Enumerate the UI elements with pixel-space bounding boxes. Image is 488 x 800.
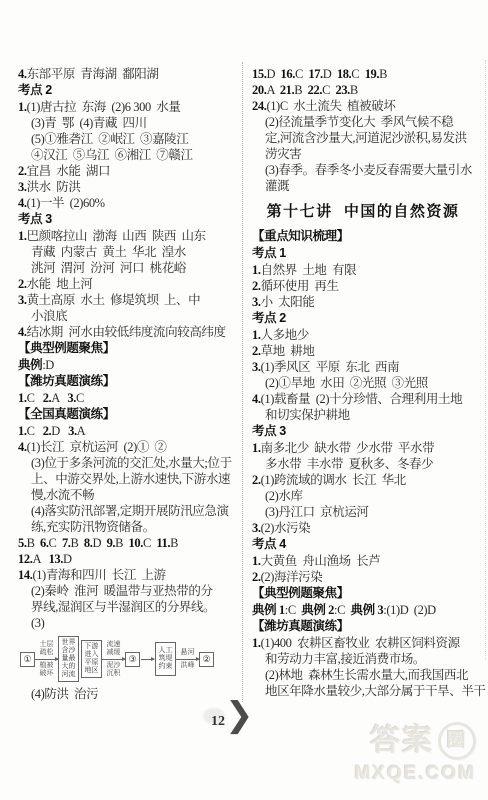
- answer-text: (1)一半 (2)60%: [27, 196, 105, 210]
- bold-text: 典例 1: [252, 603, 285, 617]
- bold-text: 6.: [40, 536, 49, 550]
- bold-text: 考点 1: [252, 246, 286, 260]
- text-line: 2.(1)跨流域的调水 长江 华北: [252, 472, 474, 488]
- text-line: 界线,湿润区与半湿润区的分界线。: [18, 599, 239, 615]
- answer-text: :C: [285, 603, 301, 617]
- answer-text: 涝灾害: [265, 147, 301, 161]
- bold-text: 5.: [18, 536, 27, 550]
- text-line: 1.巴颜喀拉山 渤海 山西 陕西 山东: [18, 228, 239, 244]
- answer-text: A: [32, 552, 48, 566]
- bold-text: 17.: [308, 67, 322, 81]
- text-line: 1.大黄鱼 舟山渔场 长芦: [252, 553, 474, 569]
- text-line: ④汉江 ⑤乌江 ⑥湘江 ⑦赣江: [18, 147, 239, 163]
- text-line: 定,河流含沙量大,河道泥沙淤积,易发洪: [252, 130, 474, 146]
- arrow-line: [176, 659, 199, 660]
- bold-text: 2.: [252, 344, 261, 358]
- watermark-brand-text: 答案: [370, 725, 434, 757]
- text-line: 4.(1)载畜量 (2)十分珍惜、合理利用土地: [252, 391, 474, 407]
- text-line: (3)春季。春季冬小麦反春需要大量引水: [252, 162, 474, 178]
- bold-text: 11.: [156, 536, 170, 550]
- answer-text: B: [71, 536, 84, 550]
- text-line: 考点 2: [18, 82, 239, 99]
- answer-text: D: [266, 67, 280, 81]
- answer-text: :(1)D (2)D: [383, 603, 436, 617]
- bold-text: 10.: [129, 536, 143, 550]
- answer-text: 界线,湿润区与半湿润区的分界线。: [31, 600, 215, 614]
- bold-text: 【潍坊真题演练】: [18, 374, 115, 388]
- answer-page: 4.东部平原 青海湖 鄱阳湖考点 21.(1)唐古拉 东海 (2)6 300 水…: [0, 0, 488, 800]
- bold-text: 【全国真题演练】: [18, 407, 115, 421]
- bold-text: 【典型例题聚焦】: [18, 341, 115, 355]
- bold-text: 2.: [252, 279, 261, 293]
- answer-text: (2)水库: [265, 489, 303, 503]
- answer-text: 小 太阳能: [261, 295, 315, 309]
- chevron-icon: ❯: [225, 698, 254, 732]
- bold-text: 1.: [252, 441, 261, 455]
- bold-text: 典例 2: [301, 603, 334, 617]
- answer-text: B: [115, 536, 128, 550]
- answer-text: (2)径流量季节变化大 季风气候不稳: [265, 115, 453, 129]
- bold-text: 1.: [252, 554, 261, 568]
- text-line: 考点 4: [252, 536, 474, 553]
- answer-text: (2)①旱地 水田 ②光照 ③光照: [265, 376, 428, 390]
- bold-text: 1.: [18, 424, 27, 438]
- bold-text: 4.: [252, 392, 261, 406]
- bold-text: 23.: [335, 83, 349, 97]
- answer-text: C: [143, 536, 156, 550]
- flowchart-arrow-1: 土层疏松 植被破坏: [35, 641, 58, 678]
- text-line: 20.A 21.B 22.C 23.B: [252, 82, 474, 98]
- bold-text: 24.: [252, 99, 266, 113]
- answer-text: C: [295, 67, 308, 81]
- answer-text: 东部平原 青海湖 鄱阳湖: [27, 67, 159, 81]
- answer-text: D: [92, 536, 106, 550]
- answer-text: 草地 耕地: [261, 344, 315, 358]
- text-line: 小浪底: [18, 308, 239, 324]
- arrow-label-top: 土层疏松: [39, 641, 55, 657]
- answer-text: 和切实保护耕地: [265, 408, 350, 422]
- answer-text: (2)水污染: [261, 521, 311, 535]
- answer-text: (4)落实防汛部署,定期开展防汛应急演: [31, 504, 229, 518]
- bold-text: 第十七讲 中国的自然资源: [267, 203, 460, 220]
- text-line: 【典型例题聚焦】: [18, 340, 239, 357]
- arrow-line: [35, 659, 58, 660]
- flowchart-blank-start: ①: [20, 652, 35, 667]
- bold-text: 4.: [18, 440, 27, 454]
- text-line: 和切实保护耕地: [252, 407, 474, 423]
- bold-text: 19.: [365, 67, 379, 81]
- answer-text: 结冰期 河水由较低纬度流向较高纬度: [27, 325, 226, 339]
- text-line: 【潍坊真题演练】: [18, 373, 239, 390]
- text-line: 1.(1)400 农耕区畜牧业 农耕区饲料资源: [252, 635, 474, 651]
- text-line: 多水带 丰水带 夏秋多、冬春少: [252, 456, 474, 472]
- text-line: (2)①旱地 水田 ②光照 ③光照: [252, 375, 474, 391]
- text-line: 洮河 渭河 汾河 河口 桃花峪: [18, 260, 239, 276]
- watermark-circle-icon: 圈: [438, 722, 476, 760]
- answer-text: C: [351, 67, 364, 81]
- answer-text: (1)季风区 平原 东北 西南: [261, 360, 400, 374]
- yellow-river-flowchart: ① 土层疏松 植被破坏 世界含沙量最大的河流 下游进入平原地区 流速减缓 泥沙沉…: [20, 636, 239, 682]
- bold-text: 15.: [252, 67, 266, 81]
- bold-text: 3.: [252, 521, 261, 535]
- arrow-label-top: 流速减缓: [106, 641, 122, 657]
- answer-text: 地区年降水量较少,大部分属于干旱、半干: [265, 684, 486, 698]
- bold-text: 18.: [337, 67, 351, 81]
- answer-text: (3)丹江口 京杭运河: [265, 505, 369, 519]
- bold-text: 考点 2: [18, 83, 52, 97]
- column-divider: [242, 62, 243, 702]
- answer-text: 水能 地上河: [27, 277, 93, 291]
- text-line: 【重点知识梳理】: [252, 228, 474, 245]
- bold-text: 20.: [252, 83, 266, 97]
- text-line: 14.(1)青海和四川 长江 上游: [18, 567, 239, 583]
- answer-text: C: [322, 83, 335, 97]
- bold-text: 3.: [252, 360, 261, 374]
- bold-text: 2.: [43, 424, 52, 438]
- text-line: 2.(2)海洋污染: [252, 569, 474, 585]
- answer-text: A: [77, 424, 86, 438]
- bold-text: 3.: [67, 391, 76, 405]
- answer-text: 南多北少 缺水带 少水带 平水带: [261, 441, 435, 455]
- answer-text: C: [27, 391, 43, 405]
- bold-text: 2.: [43, 391, 52, 405]
- text-line: 考点 1: [252, 245, 474, 262]
- bold-text: 典例 3: [351, 603, 384, 617]
- text-line: 15.D 16.C 17.D 18.C 19.B: [252, 66, 474, 82]
- bold-text: 2.: [18, 277, 27, 291]
- answer-text: 多水带 丰水带 夏秋多、冬春少: [265, 457, 433, 471]
- bold-text: 9.: [107, 536, 116, 550]
- bold-text: 【重点知识梳理】: [252, 229, 349, 243]
- answer-text: :D: [42, 358, 54, 372]
- answer-text: (1)长江 京杭运河 (2)① ②: [27, 440, 167, 454]
- text-line: 3.洪水 防洪: [18, 179, 239, 195]
- text-line: 【全国真题演练】: [18, 406, 239, 423]
- text-line: (4)落实防汛部署,定期开展防汛应急演: [18, 503, 239, 519]
- bold-text: 1.: [18, 100, 27, 114]
- bold-text: 考点 4: [252, 537, 286, 551]
- answer-text: 灌溉: [265, 179, 289, 193]
- text-line: 考点 2: [252, 310, 474, 327]
- answer-text: D: [51, 424, 68, 438]
- text-line: 2.循环使用 再生: [252, 278, 474, 294]
- text-line: 4.东部平原 青海湖 鄱阳湖: [18, 66, 239, 82]
- answer-text: (1)C 水土流失 植被破坏: [266, 99, 395, 113]
- text-line: 2.草地 耕地: [252, 343, 474, 359]
- flowchart-arrow-2: 流速减缓 泥沙沉积: [102, 641, 125, 678]
- answer-text: B: [350, 83, 358, 97]
- page-edge-line: [485, 60, 486, 660]
- text-line: 2.水能 地上河: [18, 276, 239, 292]
- bold-text: 2.: [252, 473, 261, 487]
- flowchart-arrow-4: 悬河 洪峰: [176, 649, 199, 670]
- bold-text: 3.: [18, 293, 27, 307]
- right-column: 15.D 16.C 17.D 18.C 19.B20.A 21.B 22.C 2…: [252, 66, 474, 699]
- text-line: (3): [18, 615, 239, 631]
- answer-text: 人多地少: [261, 328, 309, 342]
- watermark-site: MXQE.COM: [354, 762, 476, 786]
- bold-text: 22.: [308, 83, 322, 97]
- text-line: 1.人多地少: [252, 327, 474, 343]
- left-column: 4.东部平原 青海湖 鄱阳湖考点 21.(1)唐古拉 东海 (2)6 300 水…: [18, 66, 239, 702]
- text-line: 【典型例题聚焦】: [252, 585, 474, 602]
- text-line: 24.(1)C 水土流失 植被破坏: [252, 98, 474, 114]
- arrow-line: [102, 659, 125, 660]
- answer-text: (3)位于多条河流的交汇处,水量大;位于: [31, 456, 232, 470]
- answer-text: (2)秦岭 淮河 暖温带与亚热带的分: [31, 584, 213, 598]
- text-line: 4.(1)长江 京杭运河 (2)① ②: [18, 439, 239, 455]
- answer-text: (3)青 鄂 (4)青藏 四川: [31, 116, 147, 130]
- text-line: (3)丹江口 京杭运河: [252, 504, 474, 520]
- bold-text: 3.: [18, 180, 27, 194]
- answer-text: (1)跨流域的调水 长江 华北: [261, 473, 406, 487]
- text-line: 5.B 6.C 7.B 8.D 9.B 10.C 11.B: [18, 535, 239, 551]
- answer-text: (3)春季。春季冬小麦反春需要大量引水: [265, 163, 472, 177]
- bold-text: 【典型例题聚焦】: [252, 586, 349, 600]
- text-line: 灌溉: [252, 178, 474, 194]
- text-line: 练,充实防汛物资储备。: [18, 519, 239, 535]
- answer-text: 小浪底: [31, 309, 67, 323]
- bold-text: 3.: [68, 424, 77, 438]
- bold-text: 1.: [252, 263, 261, 277]
- answer-text: (3): [31, 616, 44, 630]
- text-line: 【潍坊真题演练】: [252, 618, 474, 635]
- text-line: 地区年降水量较少,大部分属于干旱、半干: [252, 683, 474, 699]
- answer-text: 大黄鱼 舟山渔场 长芦: [261, 554, 381, 568]
- bold-text: 2.: [252, 570, 261, 584]
- answer-text: 和劳动力丰富,接近消费市场。: [265, 652, 425, 666]
- bold-text: 1.: [18, 229, 27, 243]
- bold-text: 1.: [18, 391, 27, 405]
- answer-text: 青藏 内蒙古 黄土 华北 湟水: [31, 245, 186, 259]
- answer-text: D: [63, 552, 72, 566]
- flowchart-blank-mid: ③: [125, 652, 140, 667]
- bold-text: 12.: [18, 552, 32, 566]
- text-line: (3)位于多条河流的交汇处,水量大;位于: [18, 455, 239, 471]
- text-line: 涝灾害: [252, 146, 474, 162]
- answer-text: B: [294, 83, 307, 97]
- answer-text: 慢,水流不畅: [31, 488, 94, 502]
- answer-text: 黄土高原 水土 修堤筑坝 上、中: [27, 293, 201, 307]
- text-line: 3.(2)水污染: [252, 520, 474, 536]
- answer-text: (1)青海和四川 长江 上游: [32, 568, 165, 582]
- text-line: 3.(1)季风区 平原 东北 西南: [252, 359, 474, 375]
- answer-text: (2)林地 森林生长需水量大,而我国西北: [265, 668, 468, 682]
- text-line: 1.(1)唐古拉 东海 (2)6 300 水量: [18, 99, 239, 115]
- text-line: (5)①雅砻江 ②岷江 ③嘉陵江: [18, 131, 239, 147]
- bold-text: 考点 3: [252, 424, 286, 438]
- text-line: 第十七讲 中国的自然资源: [252, 202, 474, 222]
- flowchart-box-dike: 人工筑堤约束: [155, 642, 176, 676]
- text-line: 1.南多北少 缺水带 少水带 平水带: [252, 440, 474, 456]
- text-line: 和劳动力丰富,接近消费市场。: [252, 651, 474, 667]
- arrow-label-bottom: 植被破坏: [39, 662, 55, 678]
- arrow-label-bottom: 泥沙沉积: [106, 662, 122, 678]
- bold-text: 1.: [252, 636, 261, 650]
- page-number-value: 12: [211, 714, 225, 730]
- flowchart-box-plain: 下游进入平原地区: [81, 640, 102, 678]
- answer-text: 洪水 防洪: [27, 180, 81, 194]
- text-line: 典例:D: [18, 357, 239, 373]
- flowchart-arrow-3: [141, 659, 154, 660]
- answer-text: B: [27, 536, 40, 550]
- bold-text: 【潍坊真题演练】: [252, 619, 349, 633]
- answer-text: (4)防洪 治污: [31, 687, 98, 701]
- answer-text: 练,充实防汛物资储备。: [31, 520, 155, 534]
- bold-text: 3.: [252, 295, 261, 309]
- bold-text: 16.: [281, 67, 295, 81]
- answer-text: B: [379, 67, 387, 81]
- page-number: ❯ 12: [203, 698, 273, 748]
- bold-text: 4.: [18, 67, 27, 81]
- answer-text: (1)载畜量 (2)十分珍惜、合理利用土地: [261, 392, 463, 406]
- answer-text: C: [49, 536, 62, 550]
- text-line: 1.自然界 土地 有限: [252, 262, 474, 278]
- text-line: 12.A 13.D: [18, 551, 239, 567]
- text-line: 4.(1)一半 (2)60%: [18, 195, 239, 211]
- text-line: 4.结冰期 河水由较低纬度流向较高纬度: [18, 324, 239, 340]
- answer-text: 上、中游交界处,上游水速快,下游水速: [31, 472, 230, 486]
- watermark-brand: 答案 圈: [354, 722, 476, 760]
- bold-text: 4.: [18, 325, 27, 339]
- bold-text: 21.: [280, 83, 294, 97]
- answer-text: 循环使用 再生: [261, 279, 339, 293]
- text-line: 典例 1:C 典例 2:C 典例 3:(1)D (2)D: [252, 602, 474, 618]
- bold-text: 14.: [18, 568, 32, 582]
- flowchart-box-river: 世界含沙量最大的河流: [58, 636, 79, 682]
- text-line: (2)林地 森林生长需水量大,而我国西北: [252, 667, 474, 683]
- answer-text: (1)400 农耕区畜牧业 农耕区饲料资源: [261, 636, 460, 650]
- answer-text: C: [27, 424, 43, 438]
- text-line: 1.C 2.A 3.C: [18, 390, 239, 406]
- arrow-label-top: 悬河: [180, 649, 196, 657]
- text-line: 2.宜昌 水能 湖口: [18, 163, 239, 179]
- left-lines-top: 4.东部平原 青海湖 鄱阳湖考点 21.(1)唐古拉 东海 (2)6 300 水…: [18, 66, 239, 631]
- text-line: (2)秦岭 淮河 暖温带与亚热带的分: [18, 583, 239, 599]
- text-line: 3.黄土高原 水土 修堤筑坝 上、中: [18, 292, 239, 308]
- answer-text: 洮河 渭河 汾河 河口 桃花峪: [31, 261, 186, 275]
- text-line: 3.小 太阳能: [252, 294, 474, 310]
- answer-text: B: [170, 536, 178, 550]
- answer-text: A: [266, 83, 279, 97]
- text-line: 上、中游交界处,上游水速快,下游水速: [18, 471, 239, 487]
- text-line: (2)径流量季节变化大 季风气候不稳: [252, 114, 474, 130]
- text-line: 考点 3: [252, 423, 474, 440]
- answer-text: D: [323, 67, 337, 81]
- arrow-label-bottom: 洪峰: [180, 662, 196, 670]
- text-line: 考点 3: [18, 211, 239, 228]
- bold-text: 考点 3: [18, 212, 52, 226]
- bold-text: 13.: [49, 552, 63, 566]
- text-line: 慢,水流不畅: [18, 487, 239, 503]
- answer-text: A: [51, 391, 67, 405]
- bold-text: 1.: [252, 328, 261, 342]
- watermark: 答案 圈 MXQE.COM: [354, 722, 476, 786]
- answer-text: :C: [334, 603, 350, 617]
- text-line: 1.C 2.D 3.A: [18, 423, 239, 439]
- answer-text: 定,河流含沙量大,河道泥沙淤积,易发洪: [265, 131, 467, 145]
- answer-text: (2)海洋污染: [261, 570, 323, 584]
- bold-text: 7.: [62, 536, 71, 550]
- text-line: (2)水库: [252, 488, 474, 504]
- answer-text: ④汉江 ⑤乌江 ⑥湘江 ⑦赣江: [31, 148, 193, 162]
- answer-text: 宜昌 水能 湖口: [27, 164, 111, 178]
- bold-text: 典例: [18, 358, 42, 372]
- text-line: (3)青 鄂 (4)青藏 四川: [18, 115, 239, 131]
- answer-text: (1)唐古拉 东海 (2)6 300 水量: [27, 100, 181, 114]
- right-lines: 15.D 16.C 17.D 18.C 19.B20.A 21.B 22.C 2…: [252, 66, 474, 699]
- flowchart-blank-end: ②: [199, 652, 214, 667]
- answer-text: (5)①雅砻江 ②岷江 ③嘉陵江: [31, 132, 188, 146]
- answer-text: 自然界 土地 有限: [261, 263, 357, 277]
- bold-text: 4.: [18, 196, 27, 210]
- answer-text: 巴颜喀拉山 渤海 山西 陕西 山东: [27, 229, 206, 243]
- bold-text: 考点 2: [252, 311, 286, 325]
- bold-text: 2.: [18, 164, 27, 178]
- text-line: 青藏 内蒙古 黄土 华北 湟水: [18, 244, 239, 260]
- answer-text: C: [76, 391, 84, 405]
